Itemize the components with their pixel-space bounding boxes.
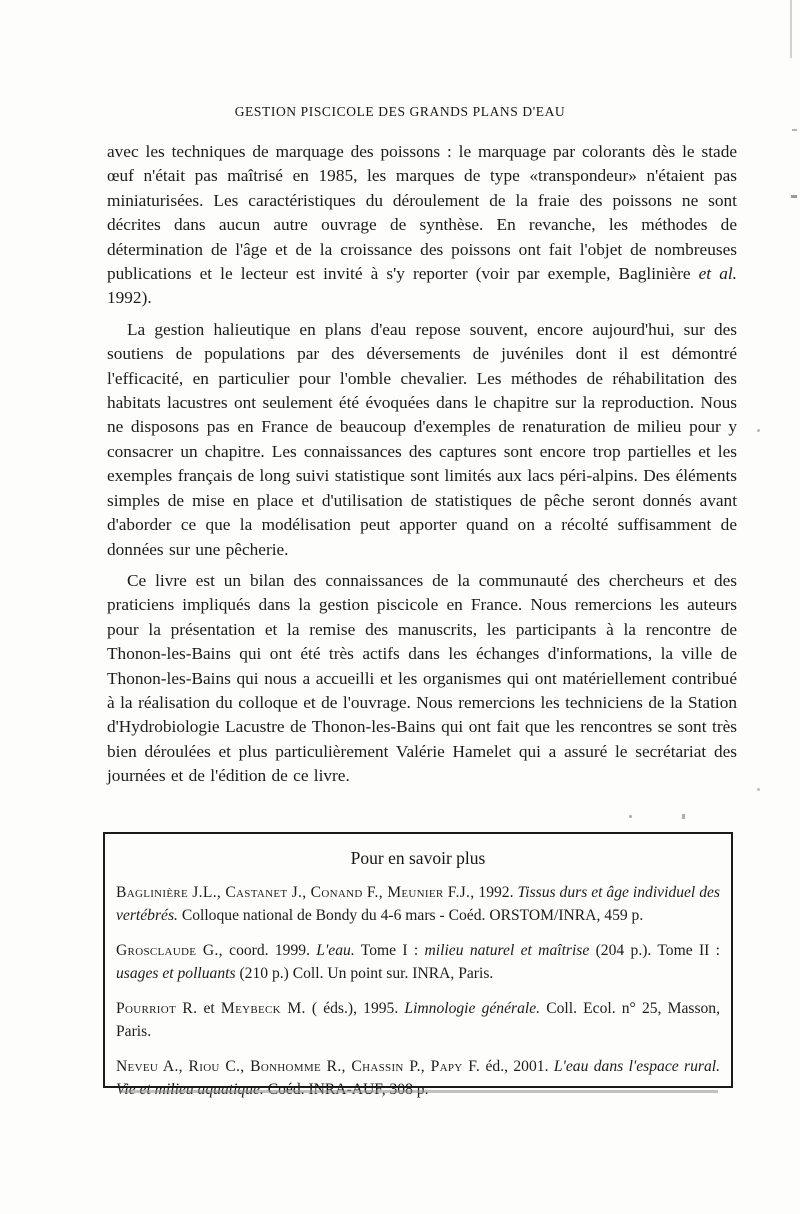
further-reading-title: Pour en savoir plus [105,848,731,869]
italic-text-run: L'eau. [316,942,354,959]
scan-artifact [757,429,760,432]
reference-item: Baglinière J.L., Castanet J., Conand F.,… [116,882,720,927]
reference-item: Neveu A., Riou C., Bonhomme R., Chassin … [116,1056,720,1101]
italic-text-run: milieu naturel et maîtrise [425,942,590,959]
smallcaps-text-run: Grosclaude G., [116,942,223,959]
scan-artifact [682,814,685,819]
scan-artifact [757,788,760,791]
scan-artifact [629,815,632,818]
body-paragraph: La gestion halieutique en plans d'eau re… [107,318,737,562]
scan-artifact [792,129,797,131]
text-run: éd., 2001. [480,1058,554,1075]
italic-text-run: et al. [699,264,737,283]
text-run: Coéd. INRA-AUF, 308 p. [264,1081,429,1098]
italic-text-run: usages et polluants [116,965,236,982]
text-run: 1992. [474,884,517,901]
reference-item: Grosclaude G., coord. 1999. L'eau. Tome … [116,940,720,985]
text-run: Ce livre est un bilan des connaissances … [107,571,737,785]
italic-text-run: Limnologie générale. [404,1000,540,1017]
text-run: (210 p.) Coll. Un point sur. INRA, Paris… [236,965,494,982]
smallcaps-text-run: Meybeck M. [221,1000,306,1017]
text-run: Tome I : [355,942,425,959]
further-reading-box: Pour en savoir plus Baglinière J.L., Cas… [103,832,733,1088]
scanned-book-page: GESTION PISCICOLE DES GRANDS PLANS D'EAU… [0,0,800,1214]
smallcaps-text-run: Neveu A., Riou C., Bonhomme R., Chassin … [116,1058,480,1075]
text-run: coord. 1999. [223,942,316,959]
body-text-block: avec les techniques de marquage des pois… [107,140,737,796]
text-run: ( éds.), 1995. [306,1000,405,1017]
text-run: 1992). [107,288,152,307]
text-run: et [197,1000,221,1017]
running-header: GESTION PISCICOLE DES GRANDS PLANS D'EAU [0,104,800,120]
reference-item: Pourriot R. et Meybeck M. ( éds.), 1995.… [116,998,720,1043]
text-run: Colloque national de Bondy du 4-6 mars -… [178,907,643,924]
reference-list: Baglinière J.L., Castanet J., Conand F.,… [105,882,731,1101]
smallcaps-text-run: Pourriot R. [116,1000,197,1017]
body-paragraph: avec les techniques de marquage des pois… [107,140,737,311]
scan-artifact [790,0,792,58]
smallcaps-text-run: Baglinière J.L., Castanet J., Conand F.,… [116,884,474,901]
text-run: avec les techniques de marquage des pois… [107,142,737,283]
body-paragraph: Ce livre est un bilan des connaissances … [107,569,737,789]
scan-artifact [791,195,797,198]
text-run: La gestion halieutique en plans d'eau re… [107,320,737,559]
text-run: (204 p.). Tome II : [589,942,720,959]
